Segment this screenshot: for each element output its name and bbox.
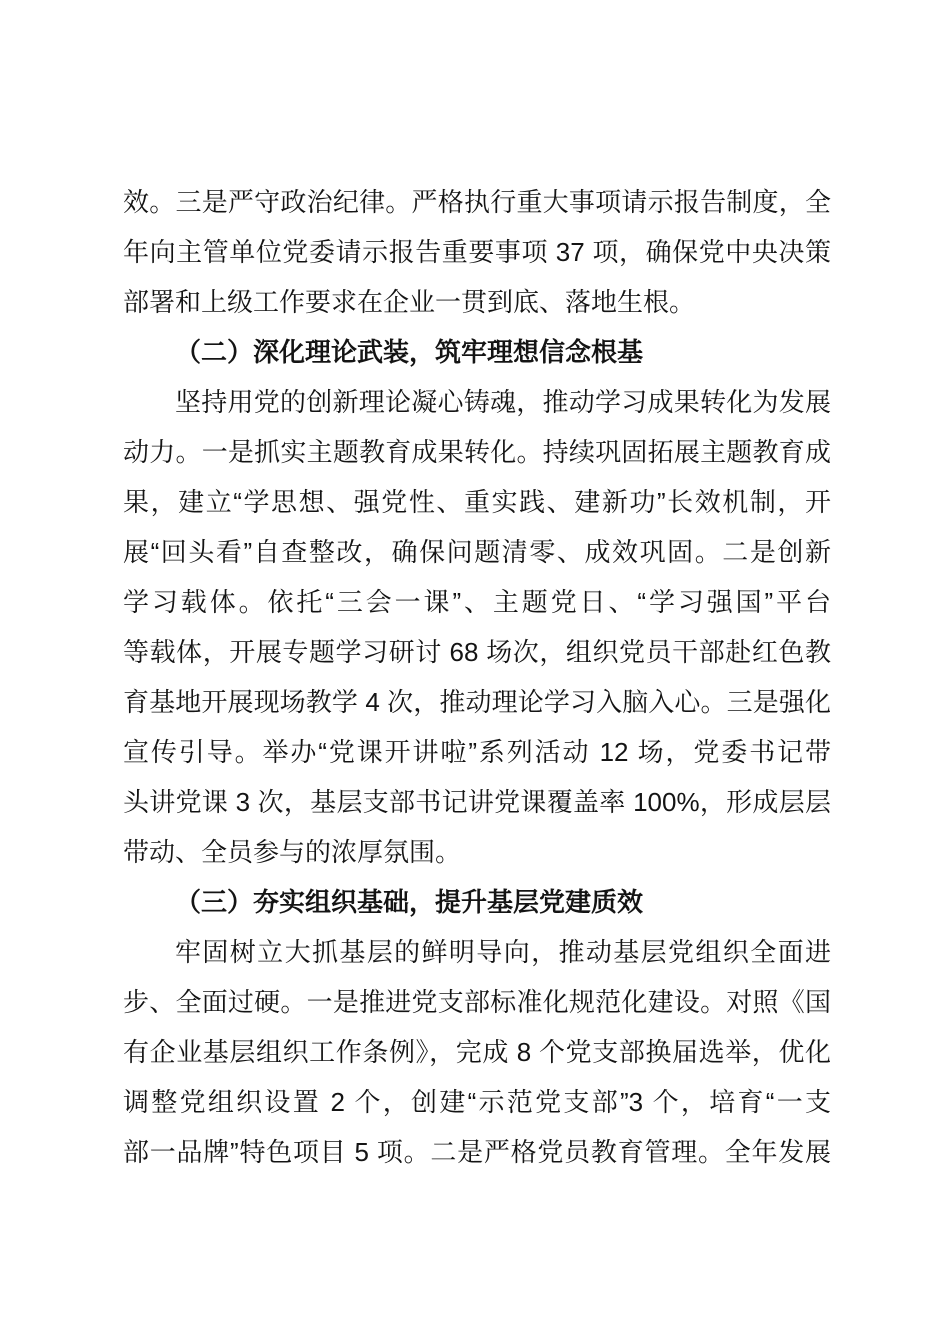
body-line: 学习载体。依托“三会一课”、主题党日、“学习强国”平台 (123, 577, 831, 627)
body-line: 动力。一是抓实主题教育成果转化。持续巩固拓展主题教育成 (123, 427, 831, 477)
body-line: 牢固树立大抓基层的鲜明导向，推动基层党组织全面进 (123, 927, 831, 977)
body-line: 坚持用党的创新理论凝心铸魂，推动学习成果转化为发展 (123, 377, 831, 427)
body-line: 调整党组织设置 2 个，创建“示范党支部”3 个，培育“一支 (123, 1077, 831, 1127)
body-line: 步、全面过硬。一是推进党支部标准化规范化建设。对照《国 (123, 977, 831, 1027)
body-line: 等载体，开展专题学习研讨 68 场次，组织党员干部赴红色教 (123, 627, 831, 677)
body-line: 育基地开展现场教学 4 次，推动理论学习入脑入心。三是强化 (123, 677, 831, 727)
body-line: 部一品牌”特色项目 5 项。二是严格党员教育管理。全年发展 (123, 1127, 831, 1177)
section-heading-2: （二）深化理论武装，筑牢理想信念根基 (123, 327, 831, 377)
section-heading-3: （三）夯实组织基础，提升基层党建质效 (123, 877, 831, 927)
body-line: 展“回头看”自查整改，确保问题清零、成效巩固。二是创新 (123, 527, 831, 577)
body-line: 部署和上级工作要求在企业一贯到底、落地生根。 (123, 277, 831, 327)
body-line: 有企业基层组织工作条例》，完成 8 个党支部换届选举，优化 (123, 1027, 831, 1077)
body-line: 头讲党课 3 次，基层支部书记讲党课覆盖率 100%，形成层层 (123, 777, 831, 827)
body-line: 效。三是严守政治纪律。严格执行重大事项请示报告制度，全 (123, 177, 831, 227)
body-line: 年向主管单位党委请示报告重要事项 37 项，确保党中央决策 (123, 227, 831, 277)
body-line: 果，建立“学思想、强党性、重实践、建新功”长效机制，开 (123, 477, 831, 527)
body-line: 带动、全员参与的浓厚氛围。 (123, 827, 831, 877)
body-line: 宣传引导。举办“党课开讲啦”系列活动 12 场，党委书记带 (123, 727, 831, 777)
document-page: 效。三是严守政治纪律。严格执行重大事项请示报告制度，全 年向主管单位党委请示报告… (0, 0, 950, 1344)
document-text-area: 效。三是严守政治纪律。严格执行重大事项请示报告制度，全 年向主管单位党委请示报告… (123, 177, 831, 1177)
